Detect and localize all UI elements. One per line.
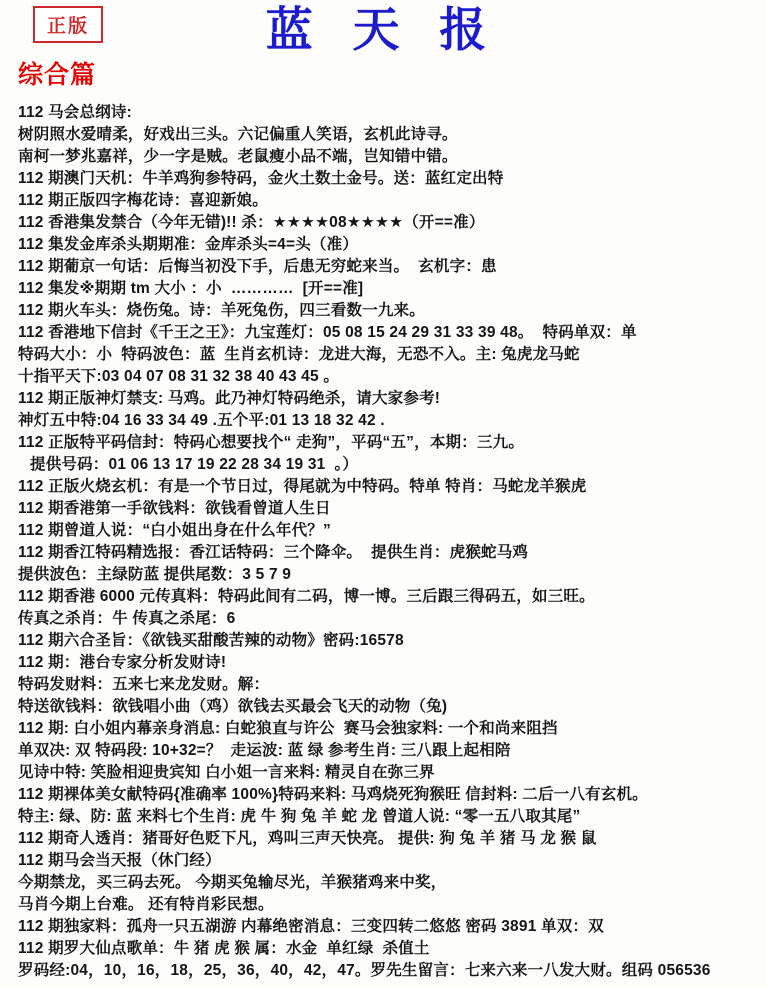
text-line: 特送欲钱料：欲钱唱小曲（鸡）欲钱去买最会飞天的动物（兔) [18,696,762,718]
text-line: 特码大小：小 特码波色：蓝 生肖玄机诗：龙进大海，无恐不入。主: 兔虎龙马蛇 [18,344,762,366]
text-line: 112 期裸体美女献特码{准确率 100%}特码来料: 马鸡烧死狗猴旺 信封料:… [18,784,762,806]
text-line: 112 期香港 6000 元传真料：特码此间有二码，博一博。三后跟三得码五，如三… [18,586,762,608]
text-line: 112 期香港第一手欲钱料：欲钱看曾道人生日 [18,498,762,520]
text-line: 见诗中特: 笑脸相迎贵宾知 白小姐一言来料: 精灵自在弥三界 [18,762,762,784]
text-line: 112 期奇人透肖：猪哥好色贬下凡，鸡叫三声天快亮。 提供: 狗 兔 羊 猪 马… [18,828,762,850]
text-line: 112 集发※期期 tm 大小 ：小 ………… [开==准] [18,278,762,300]
text-line: 提供号码：01 06 13 17 19 22 28 34 19 31 。） [18,454,762,476]
text-line: 马肖今期上台难。 还有特肖彩民想。 [18,894,762,916]
text-line: 112 香港集发禁合（今年无错)!! 杀：★★★★08★★★★（开==准） [18,212,762,234]
text-line: 112 期: 白小姐内幕亲身消息: 白蛇狼直与许公 赛马会独家料: 一个和尚来阻… [18,718,762,740]
text-line: 树阴照水爱晴柔，好戏出三头。六记偏重人笑语，玄机此诗寻。 [18,124,762,146]
text-line: 单双决: 双 特码段: 10+32=？ 走运波: 蓝 绿 参考生肖: 三八跟上起… [18,740,762,762]
text-line: 112 正版火烧玄机：有是一个节日过，得尾就为中特码。特单 特肖：马蛇龙羊猴虎 [18,476,762,498]
text-line: 112 期香江特码精选报：香江话特码：三个降伞。 提供生肖：虎猴蛇马鸡 [18,542,762,564]
text-line: 112 期马会当天报（休门经） [18,850,762,872]
text-line: 提供波色：主绿防蓝 提供尾数：3 5 7 9 [18,564,762,586]
text-line: 112 期曾道人说：“白小姐出身在什么年代？” [18,520,762,542]
text-line: 神灯五中特:04 16 33 34 49 .五个平:01 13 18 32 42… [18,410,762,432]
text-line: 十指平天下:03 04 07 08 31 32 38 40 43 45 。 [18,366,762,388]
text-line: 112 期火车头：烧伤兔。诗：羊死兔伤，四三看数一九来。 [18,300,762,322]
text-line: 112 期罗大仙点歌单：牛 猪 虎 猴 属：水金 单红绿 杀值土 [18,938,762,960]
text-line: 传真之杀肖：牛 传真之杀尾：6 [18,608,762,630]
authentic-stamp: 正版 [33,6,103,43]
text-line: 112 期葡京一句话：后悔当初没下手，后患无穷蛇来当。 玄机字：患 [18,256,762,278]
section-title: 综合篇 [0,60,766,94]
text-line: 112 正版特平码信封：特码心想要找个“ 走狗”，平码“五”，本期：三九。 [18,432,762,454]
text-line: 112 马会总纲诗: [18,102,762,124]
text-line: 112 集发金库杀头期期准：金库杀头=4=头（准） [18,234,762,256]
text-line: 112 期六合圣旨：《欲钱买甜酸苦辣的动物》密码:16578 [18,630,762,652]
text-line: 112 香港地下信封《千王之王》：九宝莲灯：05 08 15 24 29 31 … [18,322,762,344]
text-line: 112 期：港台专家分析发财诗! [18,652,762,674]
blue-sky-report-page: 正版 蓝 天 报 综合篇 112 马会总纲诗:树阴照水爱晴柔，好戏出三头。六记偏… [0,0,766,988]
text-line: 特码发财料：五来七来龙发财。解： [18,674,762,696]
text-line: 112 期澳门天机：牛羊鸡狗参特码，金火土数土金号。送：蓝红定出特 [18,168,762,190]
content-lines: 112 马会总纲诗:树阴照水爱晴柔，好戏出三头。六记偏重人笑语，玄机此诗寻。南柯… [0,94,766,982]
text-line: 112 期正版四字梅花诗：喜迎新娘。 [18,190,762,212]
text-line: 罗码经:04，10，16，18，25，36，40，42，47。罗先生留言：七来六… [18,960,762,982]
text-line: 特主: 绿、防: 蓝 来料七个生肖: 虎 牛 狗 兔 羊 蛇 龙 曾道人说: “… [18,806,762,828]
text-line: 112 期正版神灯禁支: 马鸡。此乃神灯特码绝杀，请大家参考! [18,388,762,410]
text-line: 南柯一梦兆嘉祥，少一字是贼。老鼠瘦小品不端，岂知错中错。 [18,146,762,168]
text-line: 今期禁龙，买三码去死。 今期买兔输尽光，羊猴猪鸡来中奖， [18,872,762,894]
page-title: 蓝 天 报 [0,0,766,60]
text-line: 112 期独家料：孤舟一只五湖游 内幕绝密消息：三变四转二悠悠 密码 3891 … [18,916,762,938]
